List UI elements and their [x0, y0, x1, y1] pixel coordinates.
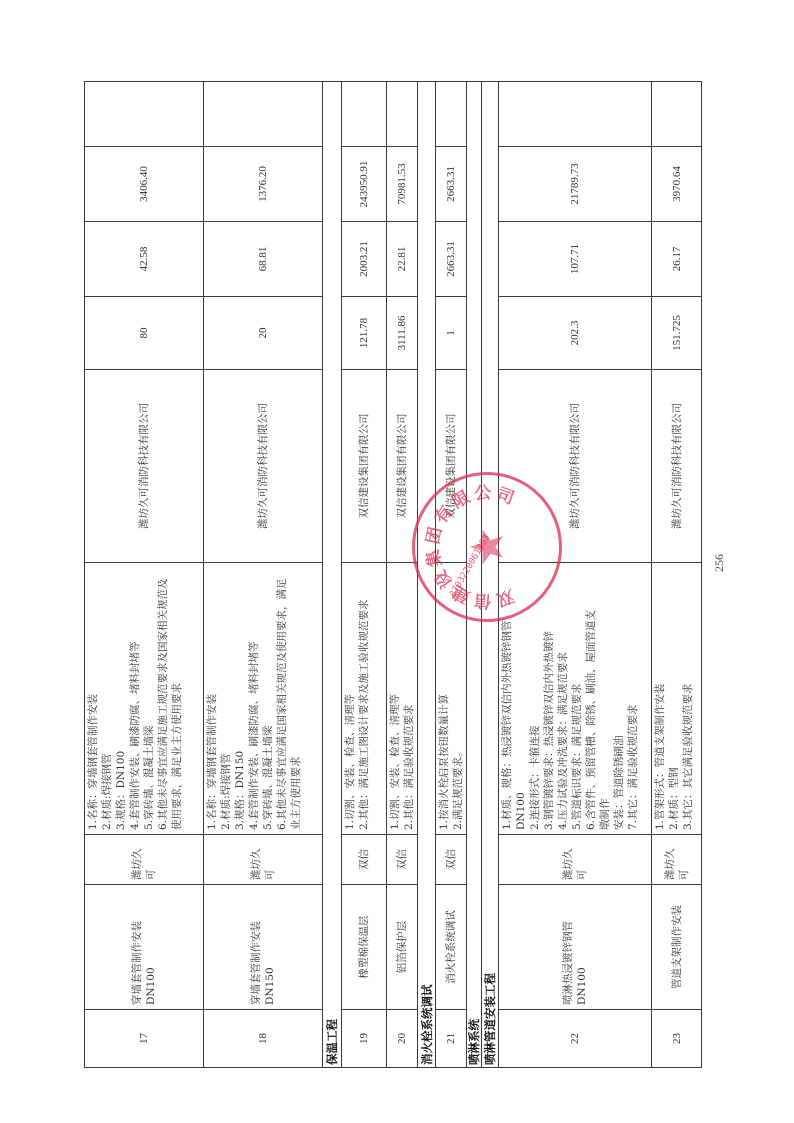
table-row: 21 消火栓系统调试 双信 1.按消火栓启泵按钮数量计算 2.满足规范要求。 双…: [436, 82, 467, 1068]
item-supplier: 潍坊久可消防科技有限公司: [499, 370, 652, 563]
item-unit-price: 2663.31: [436, 222, 467, 297]
item-unit-price: 68.81: [204, 222, 323, 297]
item-quantity: 121.78: [342, 297, 387, 370]
table-row: 18 穿墙套管制作安装 DN150 潍坊久 可 1.名称：穿墙钢套管制作安装 2…: [204, 82, 323, 1068]
section-row: 消火栓系统调试: [418, 82, 436, 1068]
item-supplier: 双信建设集团有限公司: [436, 370, 467, 563]
item-supplier: 双信建设集团有限公司: [387, 370, 418, 563]
section-row: 喷淋系统: [467, 82, 482, 1068]
item-name: 喷淋热浸镀锌钢管 DN100: [499, 885, 652, 1010]
item-unit-price: 42.58: [85, 222, 204, 297]
item-quantity: 20: [204, 297, 323, 370]
item-unit-price: 107.71: [499, 222, 652, 297]
item-brand: 潍坊久 可: [652, 835, 702, 885]
table-row: 17 穿墙套管制作安装 DN100 潍坊久 可 1.名称：穿墙钢套管制作安装 2…: [85, 82, 204, 1068]
item-name: 橡塑棉保温层: [342, 885, 387, 1010]
item-name: 铝箔保护层: [387, 885, 418, 1010]
item-remark: [342, 82, 387, 147]
item-description: 1.切割、安装、检查、清理等 2.其他：满足施工图设计要求及施工验收规范要求: [342, 563, 387, 835]
item-brand: 潍坊久 可: [499, 835, 652, 885]
item-number: 18: [204, 1010, 323, 1068]
item-brand: 潍坊久 可: [85, 835, 204, 885]
item-description: 1.材质、规格：热浸镀锌双信内外热镀锌钢管 DN100 2.连接形式：卡箍连接 …: [499, 563, 652, 835]
table-row: 22 喷淋热浸镀锌钢管 DN100 潍坊久 可 1.材质、规格：热浸镀锌双信内外…: [499, 82, 652, 1068]
table-row: 19 橡塑棉保温层 双信 1.切割、安装、检查、清理等 2.其他：满足施工图设计…: [342, 82, 387, 1068]
item-brand: 双信: [436, 835, 467, 885]
item-quantity: 202.3: [499, 297, 652, 370]
item-quantity: 151.725: [652, 297, 702, 370]
item-total: 3970.64: [652, 147, 702, 222]
item-description: 1.按消火栓启泵按钮数量计算 2.满足规范要求。: [436, 563, 467, 835]
section-title-insulation: 保温工程: [323, 82, 342, 1068]
item-total: 70981.53: [387, 147, 418, 222]
item-brand: 双信: [387, 835, 418, 885]
item-description: 1.切割、安装、检查、清理等 2.其他：满足验收规范要求: [387, 563, 418, 835]
section-row: 保温工程: [323, 82, 342, 1068]
item-total: 21789.73: [499, 147, 652, 222]
page-number: 256: [712, 548, 742, 578]
item-remark: [387, 82, 418, 147]
item-number: 22: [499, 1010, 652, 1068]
item-unit-price: 2003.21: [342, 222, 387, 297]
rotated-table-sheet: 17 穿墙套管制作安装 DN100 潍坊久 可 1.名称：穿墙钢套管制作安装 2…: [84, 82, 698, 1068]
item-supplier: 潍坊久可消防科技有限公司: [652, 370, 702, 563]
item-name: 消火栓系统调试: [436, 885, 467, 1010]
table-row: 23 管道支架制作安装 潍坊久 可 1.管架形式：管道支架制作安装 2.材质：型…: [652, 82, 702, 1068]
item-name: 穿墙套管制作安装 DN100: [85, 885, 204, 1010]
item-description: 1.管架形式：管道支架制作安装 2.材质：型钢 3.其它：其它满足验收规范要求: [652, 563, 702, 835]
item-remark: [436, 82, 467, 147]
item-description: 1.名称：穿墙钢套管制作安装 2.材质:焊接钢管 3.规格：DN150 4.套管…: [204, 563, 323, 835]
item-unit-price: 22.81: [387, 222, 418, 297]
item-quantity: 80: [85, 297, 204, 370]
item-number: 17: [85, 1010, 204, 1068]
item-number: 20: [387, 1010, 418, 1068]
item-quantity: 3111.86: [387, 297, 418, 370]
item-total: 2663.31: [436, 147, 467, 222]
item-supplier: 双信建设集团有限公司: [342, 370, 387, 563]
item-total: 3406.40: [85, 147, 204, 222]
item-description: 1.名称：穿墙钢套管制作安装 2.材质:焊接钢管 3.规格：DN100 4.套管…: [85, 563, 204, 835]
item-number: 23: [652, 1010, 702, 1068]
section-title-sprinkler-system: 喷淋系统: [467, 82, 482, 1068]
item-name: 管道支架制作安装: [652, 885, 702, 1010]
item-number: 21: [436, 1010, 467, 1068]
item-brand: 潍坊久 可: [204, 835, 323, 885]
item-total: 243950.91: [342, 147, 387, 222]
item-brand: 双信: [342, 835, 387, 885]
section-title-sprinkler-pipe: 喷淋管道安装工程: [482, 82, 499, 1068]
item-remark: [499, 82, 652, 147]
item-number: 19: [342, 1010, 387, 1068]
item-total: 1376.20: [204, 147, 323, 222]
item-remark: [204, 82, 323, 147]
item-supplier: 潍坊久可消防科技有限公司: [204, 370, 323, 563]
item-remark: [85, 82, 204, 147]
item-name: 穿墙套管制作安装 DN150: [204, 885, 323, 1010]
table-row: 20 铝箔保护层 双信 1.切割、安装、检查、清理等 2.其他：满足验收规范要求…: [387, 82, 418, 1068]
section-title-hydrant-test: 消火栓系统调试: [418, 82, 436, 1068]
item-quantity: 1: [436, 297, 467, 370]
bill-of-quantities-table: 17 穿墙套管制作安装 DN100 潍坊久 可 1.名称：穿墙钢套管制作安装 2…: [84, 81, 702, 1068]
item-supplier: 潍坊久可消防科技有限公司: [85, 370, 204, 563]
item-remark: [652, 82, 702, 147]
section-row: 喷淋管道安装工程: [482, 82, 499, 1068]
item-unit-price: 26.17: [652, 222, 702, 297]
